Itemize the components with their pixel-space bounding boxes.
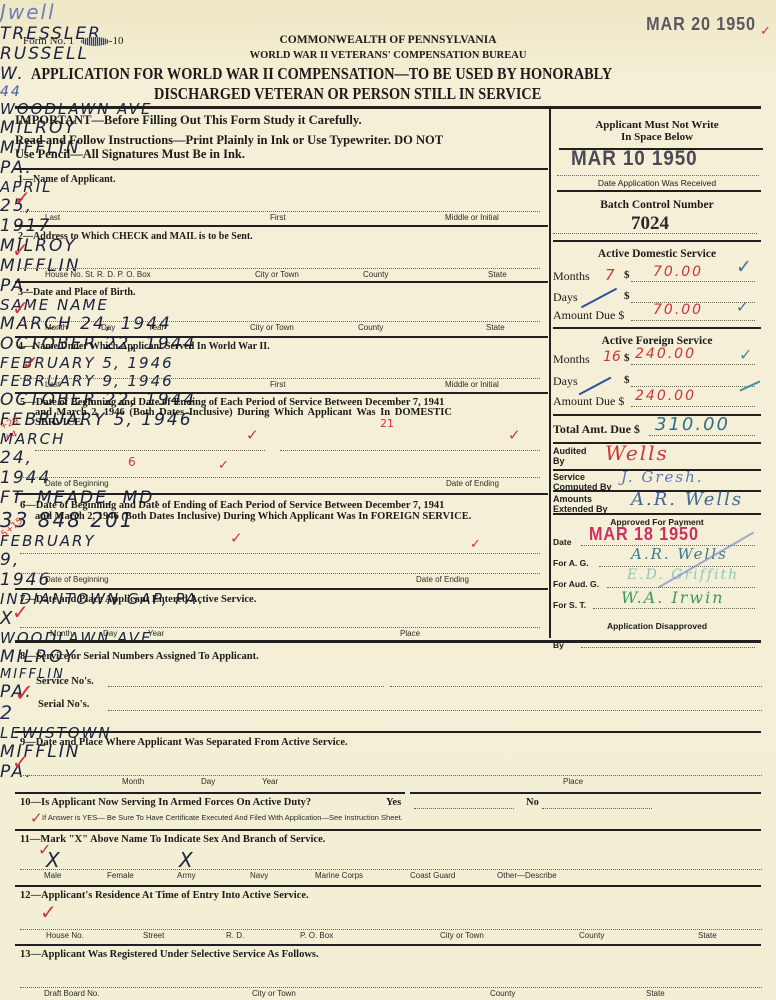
section-10-note: If Answer is YES— Be Sure To Have Certif… xyxy=(42,813,403,822)
yes-label: Yes xyxy=(386,797,401,808)
check-mark-icon: ✓ xyxy=(760,22,771,42)
foreign-months-value[interactable]: 16 xyxy=(603,349,621,365)
section-10-label: 10—Is Applicant Now Serving In Armed For… xyxy=(20,797,311,808)
serial-no-line xyxy=(108,710,762,711)
foreign-amount-due[interactable]: 240.00 xyxy=(635,388,696,404)
agency-name: COMMONWEALTH OF PENNSYLVANIA xyxy=(0,34,776,46)
draft-line xyxy=(20,987,762,988)
batch-control-number: 7024 xyxy=(631,213,669,235)
divider xyxy=(15,493,548,495)
divider xyxy=(15,336,548,338)
caption-year: Year xyxy=(148,629,164,638)
computed-by-label: Service Computed By xyxy=(553,472,623,492)
total-line xyxy=(649,435,755,436)
domestic-heading: Active Domestic Service xyxy=(551,248,763,260)
caption-city: City or Town xyxy=(252,989,296,998)
check-mark-icon: ✓ xyxy=(12,298,29,318)
section-13-label: 13—Applicant Was Registered Under Select… xyxy=(20,949,319,960)
service-no-label: Service No's. xyxy=(36,676,94,687)
caption-month: Month xyxy=(45,323,67,332)
check-mark-icon: ✓ xyxy=(230,528,243,548)
caption-street: Street xyxy=(143,931,164,940)
caption-last: Last xyxy=(45,213,60,222)
divider-full xyxy=(15,944,761,946)
service-no-field[interactable] xyxy=(108,686,384,687)
dollar-sign: $ xyxy=(624,269,630,281)
check-stroke-icon xyxy=(581,288,617,309)
name-line xyxy=(20,211,540,212)
disapproved-heading: Application Disapproved xyxy=(551,621,763,631)
residence-county[interactable]: MIFFLIN xyxy=(0,667,776,682)
caption-date-beginning: Date of Beginning xyxy=(45,575,109,584)
caption-date-beginning: Date of Beginning xyxy=(45,479,109,488)
draft-board-number[interactable]: 2 xyxy=(0,702,776,724)
domestic-days-label: Days xyxy=(553,290,578,305)
application-form-page: Form No. 1 -10 COMMONWEALTH OF PENNSYLVA… xyxy=(0,0,776,1000)
section-6-label-line2: and March 2, 1946 (Both Dates Inclusive)… xyxy=(35,511,471,522)
foreign-days-label: Days xyxy=(553,374,578,389)
section-12-label: 12—Applicant's Residence At Time of Entr… xyxy=(20,890,309,901)
option-other-describe[interactable]: Other—Describe xyxy=(497,871,557,880)
caption-county: County xyxy=(363,270,388,279)
received-stamp-top: MAR 20 1950 xyxy=(646,14,756,35)
for-st-label: For S. T. xyxy=(553,600,586,610)
caption-day: Day xyxy=(201,777,215,786)
disapproved-by-label: By xyxy=(553,640,564,650)
office-heading-line1: Applicant Must Not Write xyxy=(551,119,763,131)
divider xyxy=(553,513,761,515)
domestic-amount-due[interactable]: 70.00 xyxy=(653,302,703,318)
caption-po-box: P. O. Box xyxy=(300,931,333,940)
separation-line xyxy=(20,775,762,776)
section-5-label-line3: SERVICE. xyxy=(35,417,84,428)
for-audg-label: For Aud. G. xyxy=(553,579,599,589)
branch-line xyxy=(20,869,762,870)
divider-full xyxy=(15,640,761,643)
divider xyxy=(15,392,548,394)
caption-state: State xyxy=(486,323,505,332)
caption-county: County xyxy=(358,323,383,332)
for-audg-signature[interactable]: E.D. Griffith xyxy=(627,567,739,583)
caption-middle: Middle or Initial xyxy=(445,213,499,222)
option-army[interactable]: Army xyxy=(177,871,196,880)
no-label: No xyxy=(526,797,539,808)
for-st-signature[interactable]: W.A. Irwin xyxy=(621,588,725,607)
dollar-sign: $ xyxy=(624,290,630,302)
caption-date-ending: Date of Ending xyxy=(446,479,499,488)
birth-line xyxy=(20,321,540,322)
section-2-label: 2—Address to Which CHECK and MAIL is to … xyxy=(18,231,253,242)
service-no-field-2[interactable] xyxy=(390,686,762,687)
caption-month: Month xyxy=(50,629,72,638)
section-6-label-line1: 6—Date of Beginning and Date of Ending o… xyxy=(20,500,444,511)
foreign-days-line xyxy=(631,386,755,387)
foreign-line-1 xyxy=(20,553,540,554)
dollar-sign: $ xyxy=(624,374,630,386)
option-marine-corps[interactable]: Marine Corps xyxy=(315,871,363,880)
computed-by-signature[interactable]: J. Gresh. xyxy=(621,468,704,486)
caption-state: State xyxy=(488,270,507,279)
domestic-amount-line xyxy=(631,320,755,321)
serial-no-label: Serial No's. xyxy=(38,699,89,710)
x-mark[interactable]: X xyxy=(179,848,195,872)
check-mark-icon: ✓ xyxy=(30,808,43,828)
extended-by-signature[interactable]: A.R. Wells xyxy=(631,489,743,510)
caption-day: Day xyxy=(103,629,117,638)
domestic-end-correction: 21 xyxy=(380,417,394,430)
instructions-important: IMPORTANT—Before Filling Out This Form S… xyxy=(15,113,362,128)
draft-state[interactable]: PA. xyxy=(0,762,776,782)
service-name-line xyxy=(20,378,540,379)
check-mark-icon: ✓ xyxy=(246,425,259,445)
divider-full xyxy=(15,829,761,831)
domestic-line-1a xyxy=(35,450,265,451)
foreign-amount-line xyxy=(631,406,755,407)
check-mark-icon: ✓ xyxy=(736,297,749,317)
office-use-panel: Applicant Must Not Write In Space Below … xyxy=(551,109,763,640)
divider xyxy=(15,281,548,283)
foreign-months-line xyxy=(631,364,755,365)
foreign-months-amount[interactable]: 240.00 xyxy=(635,346,696,362)
residence-line xyxy=(20,929,762,930)
caption-county: County xyxy=(490,989,515,998)
caption-month: Month xyxy=(122,777,144,786)
domestic-months-label: Months xyxy=(553,269,590,284)
divider-full xyxy=(15,885,761,887)
check-mark-icon: ✓ xyxy=(12,602,29,622)
caption-city: City or Town xyxy=(250,323,294,332)
option-male[interactable]: Male xyxy=(44,871,61,880)
office-heading-line2: In Space Below xyxy=(551,131,763,143)
domestic-months-amount[interactable]: 70.00 xyxy=(653,264,703,280)
caption-draft-board: Draft Board No. xyxy=(44,989,100,998)
check-mark-icon: ✓ xyxy=(470,535,481,555)
option-female[interactable]: Female xyxy=(107,871,134,880)
batch-line xyxy=(553,233,757,234)
section-7-label: 7—Date and Place Applicant Entered Activ… xyxy=(20,594,256,605)
option-navy[interactable]: Navy xyxy=(250,871,268,880)
caption-place: Place xyxy=(400,629,420,638)
address-line xyxy=(20,268,540,269)
for-st-line xyxy=(593,608,755,609)
domestic-months-line xyxy=(631,281,755,282)
divider xyxy=(553,327,761,329)
foreign-months-label: Months xyxy=(553,352,590,367)
domestic-months-value[interactable]: 7 xyxy=(605,266,617,284)
check-mark-icon: ✓ xyxy=(22,353,39,373)
for-ag-label: For A. G. xyxy=(553,558,589,568)
domestic-amount-due-label: Amount Due $ xyxy=(553,308,624,323)
audited-by-label: Audited By xyxy=(553,446,593,466)
section-11-label: 11—Mark "X" Above Name To Indicate Sex A… xyxy=(20,834,325,845)
instructions-read: Read and Follow Instructions—Print Plain… xyxy=(15,133,443,148)
domestic-line-1b xyxy=(280,450,540,451)
batch-label: Batch Control Number xyxy=(551,199,763,211)
caption-place: Place xyxy=(563,777,583,786)
foreign-line-2 xyxy=(20,573,540,574)
divider xyxy=(15,225,548,227)
caption-first: First xyxy=(270,380,286,389)
section-9-label: 9—Date and Place Where Applicant Was Sep… xyxy=(20,737,348,748)
dollar-sign: $ xyxy=(624,352,630,364)
caption-house-no: House No. xyxy=(46,931,84,940)
caption-date-ending: Date of Ending xyxy=(416,575,469,584)
form-title-line1: APPLICATION FOR WORLD WAR II COMPENSATIO… xyxy=(31,64,612,84)
caption-day: Day xyxy=(101,323,115,332)
domestic-begin-correction: 6 xyxy=(128,455,136,469)
caption-street: House No. St. R. D. P. O. Box xyxy=(45,270,151,279)
yes-field[interactable] xyxy=(414,808,514,809)
check-mark-icon: ✓ xyxy=(40,902,57,922)
divider xyxy=(15,792,405,794)
section-8-label: 8—Service or Serial Numbers Assigned To … xyxy=(20,651,259,662)
approved-date-label: Date xyxy=(553,537,571,547)
no-field[interactable] xyxy=(542,808,652,809)
divider xyxy=(15,588,548,590)
caption-state: State xyxy=(646,989,665,998)
domestic-line-2 xyxy=(20,477,540,478)
check-mark-icon: ✓ xyxy=(14,188,31,208)
caption-middle: Middle or Initial xyxy=(445,380,499,389)
entry-line xyxy=(20,627,540,628)
caption-last: Last xyxy=(45,380,60,389)
divider xyxy=(15,168,548,170)
divider xyxy=(553,240,761,242)
x-mark[interactable]: X xyxy=(46,848,62,872)
total-amount-label: Total Amt. Due $ xyxy=(553,422,640,437)
section-1-label: 1—Name of Applicant. xyxy=(18,174,116,185)
divider-full xyxy=(15,731,761,733)
check-mark-icon: ✓ xyxy=(218,456,229,476)
caption-state: State xyxy=(698,931,717,940)
divider xyxy=(557,190,761,192)
instructions-pencil: Use Pencil—All Signatures Must Be in Ink… xyxy=(15,147,245,162)
section-3-label: 3—Date and Place of Birth. xyxy=(18,287,136,298)
extended-by-label: Amounts Extended By xyxy=(553,494,623,514)
check-mark-icon: ✓ xyxy=(736,257,752,277)
caption-county: County xyxy=(579,931,604,940)
form-title-line2: DISCHARGED VETERAN OR PERSON STILL IN SE… xyxy=(154,84,541,104)
check-stroke-icon xyxy=(579,377,612,396)
caption-year: Year xyxy=(262,777,278,786)
check-mark-icon: ✓ xyxy=(508,425,521,445)
received-date-stamp: MAR 10 1950 xyxy=(571,147,698,171)
received-caption: Date Application Was Received xyxy=(551,178,763,188)
received-line xyxy=(557,175,759,176)
divider xyxy=(410,792,761,794)
caption-first: First xyxy=(270,213,286,222)
check-mark-icon: ✓ xyxy=(12,752,29,772)
approved-date-stamp: MAR 18 1950 xyxy=(589,524,699,545)
total-amount-due[interactable]: 310.00 xyxy=(655,414,730,435)
foreign-amount-due-label: Amount Due $ xyxy=(553,394,624,409)
check-mark-icon: ✓ xyxy=(12,240,29,260)
caption-city: City or Town xyxy=(255,270,299,279)
caption-city: City or Town xyxy=(440,931,484,940)
check-mark-icon: ✓ xyxy=(739,345,752,365)
check-mark-icon: ✓ xyxy=(14,683,34,703)
caption-rd: R. D. xyxy=(226,931,244,940)
disapproved-by-field[interactable] xyxy=(581,647,755,648)
caption-year: Year xyxy=(148,323,164,332)
option-coast-guard[interactable]: Coast Guard xyxy=(410,871,455,880)
residence-state[interactable]: PA. xyxy=(0,682,776,702)
section-4-label: 4—Name Under Which Applicant Served In W… xyxy=(18,341,270,352)
audited-by-signature[interactable]: Wells xyxy=(605,441,669,465)
bureau-name: WORLD WAR II VETERANS' COMPENSATION BURE… xyxy=(0,50,776,61)
